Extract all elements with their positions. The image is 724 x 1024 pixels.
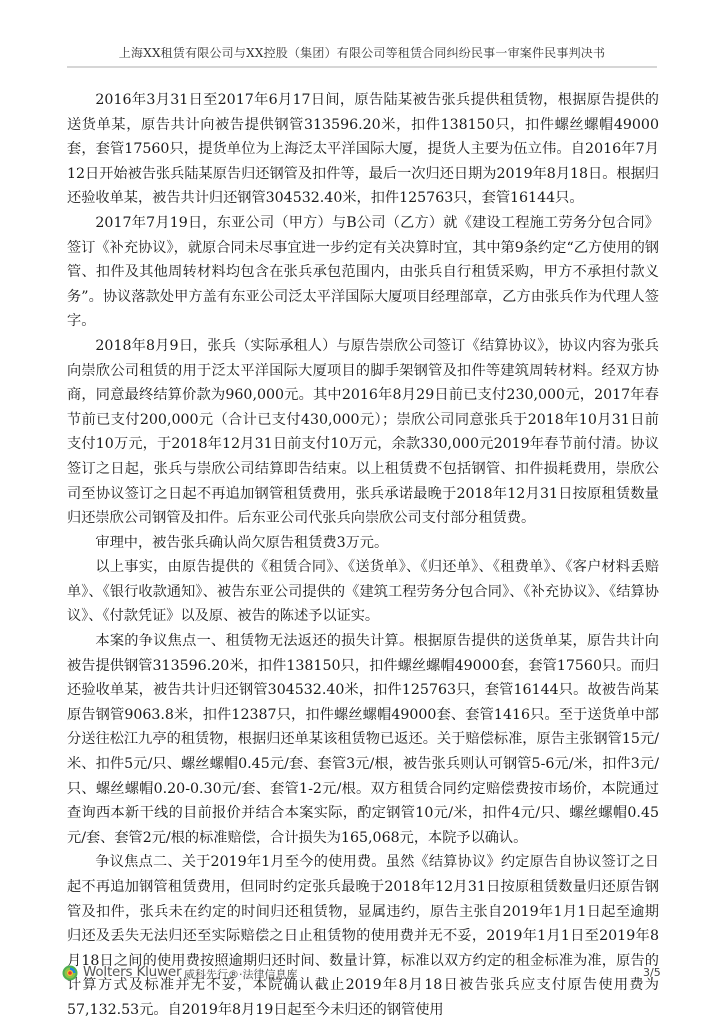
paragraph-dispute-focus-one: 本案的争议焦点一、租赁物无法返还的损失计算。根据原告提供的送货单某，原告共计向被… xyxy=(67,629,659,850)
page-number: 3/5 xyxy=(643,966,661,979)
paragraph-supplementary-agreement: 2017年7月19日，东亚公司（甲方）与B公司（乙方）就《建设工程施工劳务分包合… xyxy=(67,211,659,334)
brand-name-cn: 威科先行®·法律信息库 xyxy=(184,966,298,982)
page-footer: Wolters Kluwer 威科先行®·法律信息库 3/5 xyxy=(62,962,662,986)
paragraph-dispute-focus-two: 争议焦点二、关于2019年1月至今的使用费。虽然《结算协议》约定原告自协议签订之… xyxy=(67,850,659,1022)
paragraph-settlement-agreement: 2018年8月9日，张兵（实际承租人）与原告崇欣公司签订《结算协议》，协议内容为… xyxy=(67,334,659,531)
paragraph-trial-confirmation: 审理中，被告张兵确认尚欠原告租赁费3万元。 xyxy=(67,531,659,556)
paragraph-rental-deliveries: 2016年3月31日至2017年6月17日间，原告陆某被告张兵提供租赁物，根据原… xyxy=(67,88,659,211)
header-divider xyxy=(67,66,657,68)
document-title-header: 上海XX租赁有限公司与XX控股（集团）有限公司等租赁合同纠纷民事一审案件民事判决… xyxy=(67,44,657,61)
judgment-body: 2016年3月31日至2017年6月17日间，原告陆某被告张兵提供租赁物，根据原… xyxy=(67,88,659,1023)
brand-name: Wolters Kluwer xyxy=(83,964,181,980)
wolters-kluwer-globe-icon xyxy=(62,965,78,981)
paragraph-evidence: 以上事实，由原告提供的《租赁合同》、《送货单》、《归还单》、《租费单》、《客户材… xyxy=(67,555,659,629)
